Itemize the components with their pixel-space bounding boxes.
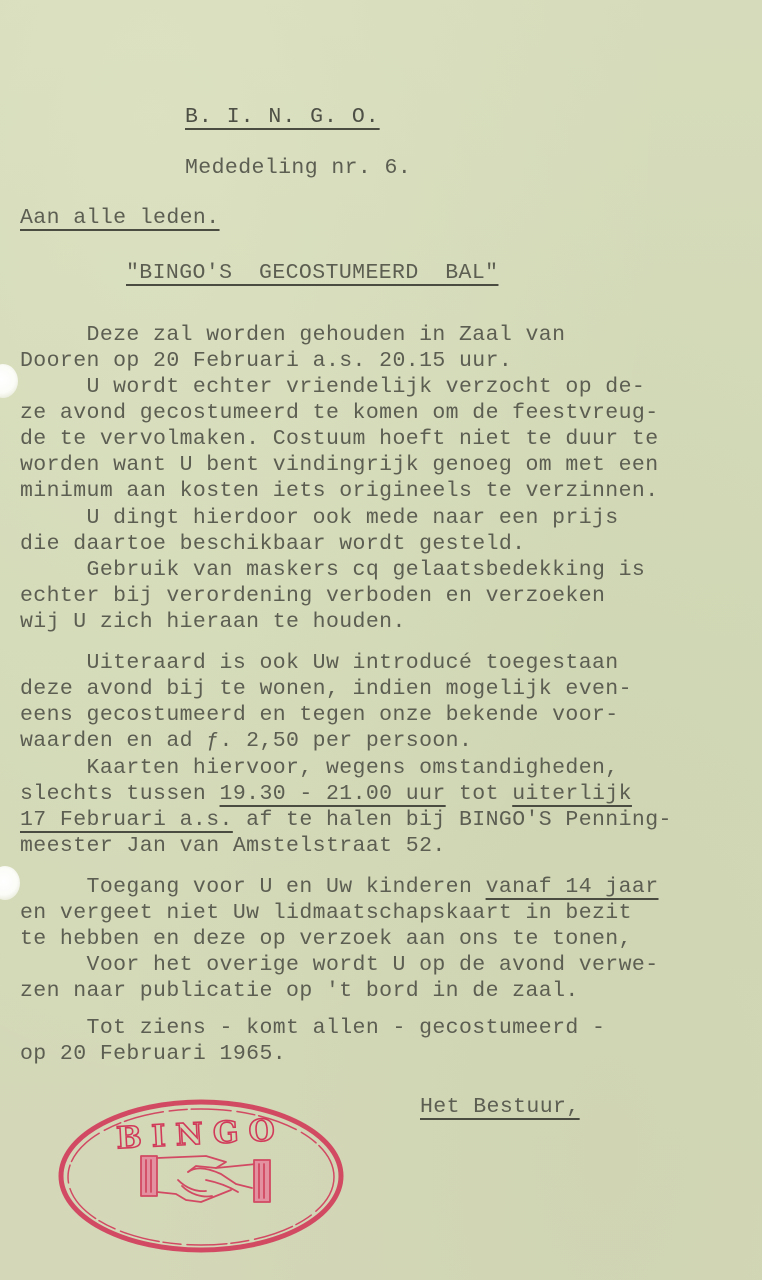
text-line: Deze zal worden gehouden in Zaal van (20, 322, 565, 348)
text-line: deze avond bij te wonen, indien mogelijk… (20, 676, 632, 702)
stamp-oval-icon: BINGO (56, 1096, 346, 1256)
text-line: ze avond gecostumeerd te komen om de fee… (20, 400, 659, 426)
text-line: te hebben en deze op verzoek aan ons te … (20, 926, 632, 952)
text-segment: tot (446, 782, 513, 806)
text-line: Dooren op 20 Februari a.s. 20.15 uur. (20, 348, 512, 374)
signature: Het Bestuur, (420, 1094, 580, 1120)
stamp-text: BINGO (115, 1113, 285, 1157)
text-line: die daartoe beschikbaar wordt gesteld. (20, 531, 525, 557)
text-line-ticket-deadline: 17 Februari a.s. af te halen bij BINGO'S… (20, 807, 672, 833)
text-segment: Toegang voor U en Uw kinderen (20, 875, 486, 899)
text-line-ticket-time: slechts tussen 19.30 - 21.00 uur tot uit… (20, 781, 632, 807)
text-line: wij U zich hieraan te houden. (20, 609, 406, 635)
text-line: Voor het overige wordt U op de avond ver… (20, 952, 659, 978)
ticket-deadline-part-b: 17 Februari a.s. (20, 808, 233, 832)
text-line: Uiteraard is ook Uw introducé toegestaan (20, 650, 619, 676)
document-page: { "document": { "title": "B. I. N. G. O.… (0, 0, 762, 1280)
text-line: echter bij verordening verboden en verzo… (20, 583, 605, 609)
text-line: Tot ziens - komt allen - gecostumeerd - (20, 1015, 605, 1041)
event-heading: "BINGO'S GECOSTUMEERD BAL" (126, 260, 498, 286)
punch-hole-bottom (0, 866, 20, 900)
text-line-admission-age: Toegang voor U en Uw kinderen vanaf 14 j… (20, 874, 659, 900)
document-title: B. I. N. G. O. (185, 104, 380, 130)
bingo-stamp: BINGO (56, 1096, 346, 1256)
admission-age: vanaf 14 jaar (486, 875, 659, 899)
handshake-icon (141, 1156, 270, 1202)
text-line: U wordt echter vriendelijk verzocht op d… (20, 374, 645, 400)
document-subtitle: Mededeling nr. 6. (185, 155, 411, 181)
text-line: worden want U bent vindingrijk genoeg om… (20, 452, 659, 478)
text-line: Gebruik van maskers cq gelaatsbedekking … (20, 557, 645, 583)
ticket-deadline-part-a: uiterlijk (512, 782, 632, 806)
text-line: op 20 Februari 1965. (20, 1041, 286, 1067)
ticket-time-range: 19.30 - 21.00 uur (220, 782, 446, 806)
salutation: Aan alle leden. (20, 205, 220, 231)
text-segment: slechts tussen (20, 782, 220, 806)
text-line: meester Jan van Amstelstraat 52. (20, 833, 446, 859)
text-line: waarden en ad ƒ. 2,50 per persoon. (20, 728, 472, 754)
punch-hole-top (0, 364, 18, 398)
text-line: Kaarten hiervoor, wegens omstandigheden, (20, 755, 619, 781)
text-segment: af te halen bij BINGO'S Penning- (233, 808, 672, 832)
text-line: en vergeet niet Uw lidmaatschapskaart in… (20, 900, 632, 926)
text-line: eens gecostumeerd en tegen onze bekende … (20, 702, 619, 728)
text-line: U dingt hierdoor ook mede naar een prijs (20, 505, 619, 531)
text-line: minimum aan kosten iets origineels te ve… (20, 478, 659, 504)
text-line: de te vervolmaken. Costuum hoeft niet te… (20, 426, 659, 452)
text-line: zen naar publicatie op 't bord in de zaa… (20, 978, 579, 1004)
